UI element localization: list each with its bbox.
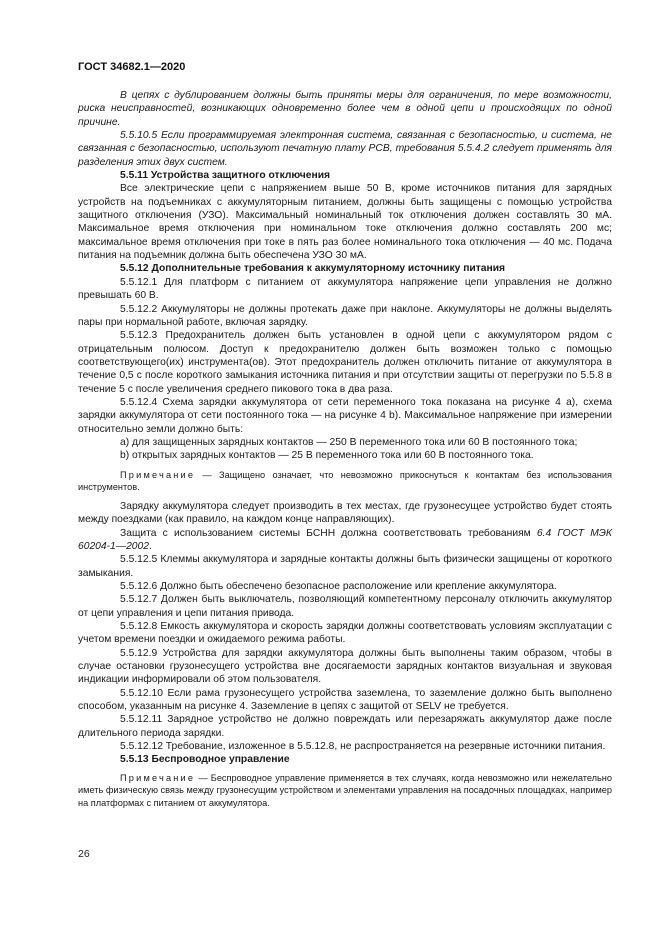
paragraph-5-5-12-10: 5.5.12.10 Если рама грузонесущего устрой… xyxy=(78,687,612,714)
paragraph-rcd: Все электрические цепи с напряжением выш… xyxy=(78,182,612,262)
paragraph-5-5-12-9: 5.5.12.9 Устройства для зарядки аккумуля… xyxy=(78,647,612,687)
paragraph-5-5-12-4: 5.5.12.4 Схема зарядки аккумулятора от с… xyxy=(78,396,612,436)
note-label: Примечание xyxy=(120,773,195,783)
note-protected: Примечание — Защищено означает, что нево… xyxy=(78,469,612,494)
text: Защита с использованием системы БСНН дол… xyxy=(120,528,537,539)
list-item-b: b) открытых зарядных контактов — 25 В пе… xyxy=(78,449,612,462)
text: . xyxy=(149,541,152,552)
paragraph-5-5-12-8: 5.5.12.8 Емкость аккумулятора и скорость… xyxy=(78,620,612,647)
paragraph-5-5-12-1: 5.5.12.1 Для платформ с питанием от акку… xyxy=(78,276,612,303)
paragraph-5-5-12-6: 5.5.12.6 Должно быть обеспечено безопасн… xyxy=(78,580,612,593)
page-number: 26 xyxy=(78,848,90,860)
paragraph-5-5-12-7: 5.5.12.7 Должен быть выключатель, позвол… xyxy=(78,593,612,620)
document-body: В цепях с дублированием должны быть прин… xyxy=(78,89,612,809)
paragraph-5-5-12-11: 5.5.12.11 Зарядное устройство не должно … xyxy=(78,713,612,740)
document-header: ГОСТ 34682.1—2020 xyxy=(78,61,185,73)
section-heading-5-5-13: 5.5.13 Беспроводное управление xyxy=(78,753,612,766)
paragraph-redundancy: В цепях с дублированием должны быть прин… xyxy=(78,89,612,129)
section-heading-5-5-11: 5.5.11 Устройства защитного отключения xyxy=(78,169,612,182)
note-label: Примечание xyxy=(120,470,195,480)
section-heading-5-5-12: 5.5.12 Дополнительные требования к аккум… xyxy=(78,262,612,275)
document-page: ГОСТ 34682.1—2020 В цепях с дублирование… xyxy=(0,0,661,935)
note-wireless: Примечание — Беспроводное управление при… xyxy=(78,772,612,810)
list-item-a: а) для защищенных зарядных контактов — 2… xyxy=(78,436,612,449)
paragraph-5-5-10-5: 5.5.10.5 Если программируемая электронна… xyxy=(78,129,612,169)
paragraph-5-5-12-3: 5.5.12.3 Предохранитель должен быть уста… xyxy=(78,329,612,396)
paragraph-5-5-12-5: 5.5.12.5 Клеммы аккумулятора и зарядные … xyxy=(78,553,612,580)
paragraph-charging-location: Зарядку аккумулятора следует производить… xyxy=(78,500,612,527)
paragraph-selv-protection: Защита с использованием системы БСНН дол… xyxy=(78,527,612,554)
paragraph-5-5-12-12: 5.5.12.12 Требование, изложенное в 5.5.1… xyxy=(78,740,612,753)
paragraph-5-5-12-2: 5.5.12.2 Аккумуляторы не должны протекат… xyxy=(78,303,612,330)
